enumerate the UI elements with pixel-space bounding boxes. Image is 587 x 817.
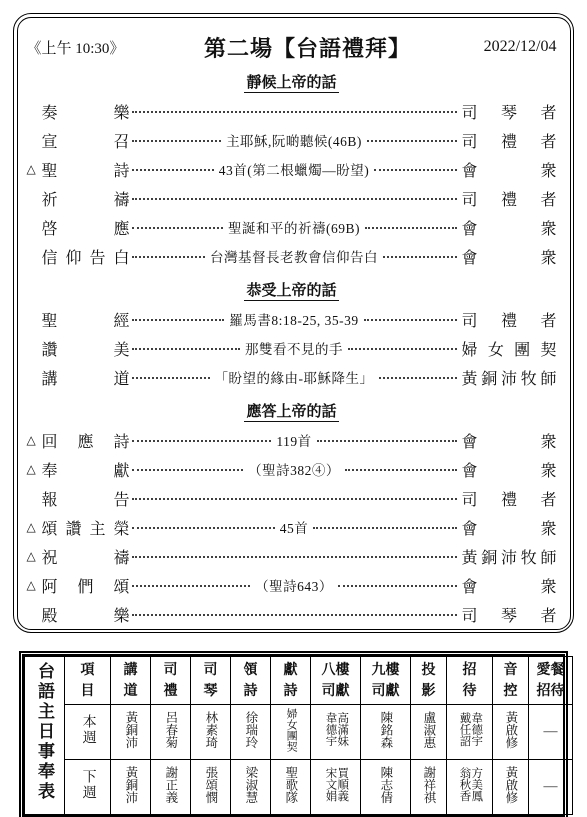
service-date: 2022/12/04 xyxy=(461,38,557,56)
service-row: 信仰告白台灣基督長老教會信仰告白會衆 xyxy=(27,242,557,271)
leader-dots xyxy=(317,440,457,442)
leader-dots xyxy=(132,585,251,587)
roster-row: 下週黃銅沛謝正義張頌憫梁淑慧聖歌隊買順義宋文娟陳志倩謝祥祺方美鳳翁秋香黃啟修— xyxy=(25,760,573,815)
leader-dots xyxy=(132,377,210,379)
char: 者 xyxy=(540,308,556,331)
char: 應 xyxy=(113,216,129,239)
duty-roster-table: 台語主日事奉表項目講道司禮司琴領詩獻詩八樓司獻九樓司獻投影招待音控愛餐招待本週黃… xyxy=(24,656,573,815)
char: 牧 xyxy=(521,366,537,389)
congregation-stand-mark: △ xyxy=(27,162,42,177)
service-item-label: 報告 xyxy=(42,487,130,510)
service-item-party: 婦女團契 xyxy=(462,337,557,360)
char: 衆 xyxy=(540,158,556,181)
header-line: 八樓 xyxy=(311,660,360,681)
service-item-label: 殿樂 xyxy=(42,603,130,626)
leader-dots xyxy=(132,227,224,229)
service-row: △聖詩43首(第二根蠟燭—盼望)會衆 xyxy=(27,155,557,184)
dotted-leader xyxy=(132,497,457,499)
service-row: △祝禱黃銅沛牧師 xyxy=(27,542,557,571)
service-item-party: 會衆 xyxy=(462,516,557,539)
dotted-leader xyxy=(132,197,457,199)
leader-dots xyxy=(365,227,457,229)
char: 團 xyxy=(514,337,530,360)
service-item-party: 司禮者 xyxy=(462,187,557,210)
service-item-party: 會衆 xyxy=(462,216,557,239)
leader-dots xyxy=(132,198,457,200)
service-item-party: 黃銅沛牧師 xyxy=(462,366,557,389)
header-line: 影 xyxy=(411,681,446,702)
char: 宣 xyxy=(42,129,58,152)
roster-column-header: 司禮 xyxy=(151,657,191,705)
char: 禮 xyxy=(501,129,517,152)
roster-cell: 黃啟修 xyxy=(493,705,529,760)
dotted-leader: （聖詩643） xyxy=(132,575,457,595)
duty-names: 買順義宋文娟 xyxy=(324,767,347,802)
service-item-label: 信仰告白 xyxy=(42,245,130,268)
service-item-party: 黃銅沛牧師 xyxy=(462,545,557,568)
char: 黃 xyxy=(462,545,478,568)
header-line: 招待 xyxy=(529,681,572,702)
header-line: 愛餐 xyxy=(529,660,572,681)
char: 會 xyxy=(462,429,478,452)
roster-cell: — xyxy=(529,705,573,760)
duty-name: 張頌憫 xyxy=(204,766,217,804)
roster-header-row: 台語主日事奉表項目講道司禮司琴領詩獻詩八樓司獻九樓司獻投影招待音控愛餐招待 xyxy=(25,657,573,705)
header-line: 音 xyxy=(493,660,528,681)
dotted-leader xyxy=(132,110,457,112)
char: 主 xyxy=(89,516,105,539)
header-line: 獻 xyxy=(271,660,310,681)
service-item-label: 祈禱 xyxy=(42,187,130,210)
char: 師 xyxy=(540,366,556,389)
leader-dots xyxy=(364,319,457,321)
header-line: 目 xyxy=(65,681,110,702)
service-item-label: 聖經 xyxy=(42,308,130,331)
char: 禮 xyxy=(501,187,517,210)
roster-column-header: 講道 xyxy=(111,657,151,705)
char: 會 xyxy=(462,458,478,481)
char: 白 xyxy=(113,245,129,268)
service-item-content: 119首 xyxy=(271,430,316,450)
char: 阿 xyxy=(42,574,58,597)
service-item-content: 「盼望的緣由-耶穌降生」 xyxy=(210,367,379,387)
duty-name: 陳銘森 xyxy=(379,711,392,749)
service-item-label: 奏樂 xyxy=(42,100,130,123)
char: 榮 xyxy=(113,516,129,539)
char: 契 xyxy=(540,337,556,360)
service-item-party: 司禮者 xyxy=(462,308,557,331)
char: 者 xyxy=(540,603,556,626)
char: 們 xyxy=(77,574,93,597)
roster-cell: 呂春菊 xyxy=(151,705,191,760)
char: 樂 xyxy=(113,100,129,123)
service-item-party: 會衆 xyxy=(462,429,557,452)
roster-side-title: 台語主日事奉表 xyxy=(25,657,65,815)
service-item-label: 奉獻 xyxy=(42,458,130,481)
dotted-leader xyxy=(132,613,457,615)
leader-dots xyxy=(374,169,456,171)
congregation-stand-mark: △ xyxy=(27,578,42,593)
dotted-leader: 43首(第二根蠟燭—盼望) xyxy=(132,159,457,179)
leader-dots xyxy=(132,527,275,529)
leader-dots xyxy=(132,348,241,350)
char: 會 xyxy=(462,245,478,268)
duty-name: 戴任詔 xyxy=(458,712,470,747)
char: 者 xyxy=(540,129,556,152)
roster-week-cell: 下週 xyxy=(65,760,111,815)
char: 禮 xyxy=(501,487,517,510)
header-line: 領 xyxy=(231,660,270,681)
duty-name: 婦女團契 xyxy=(285,708,296,752)
header-line: 司獻 xyxy=(311,681,360,702)
service-row: 報告司禮者 xyxy=(27,484,557,513)
char: 獻 xyxy=(113,458,129,481)
duty-name: 黃啟修 xyxy=(504,711,517,749)
leader-dots xyxy=(132,556,457,558)
char: 奏 xyxy=(42,100,58,123)
service-item-content: 主耶穌,阮啲聽候(46B) xyxy=(221,130,367,150)
leader-dots xyxy=(348,348,457,350)
header-line: 講 xyxy=(111,660,150,681)
char: 講 xyxy=(42,366,58,389)
leader-dots xyxy=(383,256,457,258)
section-heading: 靜候上帝的話 xyxy=(27,71,557,92)
char: 美 xyxy=(113,337,129,360)
header-line: 詩 xyxy=(271,681,310,702)
service-time: 《上午 10:30》 xyxy=(27,37,155,58)
roster-column-header: 音控 xyxy=(493,657,529,705)
leader-dots xyxy=(345,469,457,471)
service-item-label: 宣召 xyxy=(42,129,130,152)
char: 者 xyxy=(540,100,556,123)
roster-column-header: 項目 xyxy=(65,657,111,705)
char: 沛 xyxy=(501,545,517,568)
roster-cell: — xyxy=(529,760,573,815)
service-row: 宣召主耶穌,阮啲聽候(46B)司禮者 xyxy=(27,126,557,155)
duty-name: 韋德宇 xyxy=(470,712,482,747)
service-row: 奏樂司琴者 xyxy=(27,97,557,126)
char: 衆 xyxy=(540,216,556,239)
service-row: △奉獻（聖詩382④）會衆 xyxy=(27,455,557,484)
duty-name: 高滿妹 xyxy=(336,712,348,747)
section-heading: 應答上帝的話 xyxy=(27,400,557,421)
duty-name: 梁淑慧 xyxy=(244,766,257,804)
char: 衆 xyxy=(540,245,556,268)
char: 告 xyxy=(89,245,105,268)
roster-column-header: 司琴 xyxy=(191,657,231,705)
char: 樂 xyxy=(113,603,129,626)
service-row: 聖經羅馬書8:18-25, 35-39司禮者 xyxy=(27,305,557,334)
char: 銅 xyxy=(481,366,497,389)
char: 殿 xyxy=(42,603,58,626)
service-item-label: 阿們頌 xyxy=(42,574,130,597)
duty-names: 高滿妹韋德宇 xyxy=(324,712,347,747)
char: 司 xyxy=(462,487,478,510)
char: 祈 xyxy=(42,187,58,210)
header-line: 司 xyxy=(151,660,190,681)
roster-cell: 梁淑慧 xyxy=(231,760,271,815)
program-box: 《上午 10:30》 第二場【台語禮拜】 2022/12/04 靜候上帝的話奏樂… xyxy=(13,13,574,633)
leader-dots xyxy=(132,498,457,500)
char: 沛 xyxy=(501,366,517,389)
congregation-stand-mark: △ xyxy=(27,433,42,448)
duty-name: 徐瑞玲 xyxy=(244,711,257,749)
service-item-party: 會衆 xyxy=(462,158,557,181)
char: 衆 xyxy=(540,458,556,481)
header-line: 司獻 xyxy=(361,681,410,702)
leader-dots xyxy=(313,527,456,529)
char: 司 xyxy=(462,129,478,152)
char: 黃 xyxy=(462,366,478,389)
congregation-stand-mark: △ xyxy=(27,520,42,535)
service-item-label: 祝禱 xyxy=(42,545,130,568)
service-item-party: 會衆 xyxy=(462,574,557,597)
char: 經 xyxy=(113,308,129,331)
duty-name: 呂春菊 xyxy=(164,711,177,749)
char: 召 xyxy=(113,129,129,152)
char: 啓 xyxy=(42,216,58,239)
header-line: 司 xyxy=(191,660,230,681)
roster-column-header: 八樓司獻 xyxy=(311,657,361,705)
service-row: 講道「盼望的緣由-耶穌降生」黃銅沛牧師 xyxy=(27,363,557,392)
leader-dots xyxy=(132,440,272,442)
char: 應 xyxy=(77,429,93,452)
service-row: △阿們頌（聖詩643）會衆 xyxy=(27,571,557,600)
header-line: 琴 xyxy=(191,681,230,702)
service-item-content: 43首(第二根蠟燭—盼望) xyxy=(214,159,375,179)
roster-cell: 徐瑞玲 xyxy=(231,705,271,760)
service-row: △回應詩119首會衆 xyxy=(27,426,557,455)
char: 詩 xyxy=(113,429,129,452)
service-item-content: 那雙看不見的手 xyxy=(240,338,348,358)
roster-cell: 韋德宇戴任詔 xyxy=(447,705,493,760)
duty-name: 買順義 xyxy=(336,767,348,802)
roster-column-header: 獻詩 xyxy=(271,657,311,705)
duty-name: 韋德宇 xyxy=(324,712,336,747)
roster-column-header: 九樓司獻 xyxy=(361,657,411,705)
leader-dots xyxy=(338,585,457,587)
char: 回 xyxy=(42,429,58,452)
roster-column-header: 領詩 xyxy=(231,657,271,705)
char: 女 xyxy=(488,337,504,360)
service-row: △頌讚主榮45首會衆 xyxy=(27,513,557,542)
service-row: 讚美那雙看不見的手婦女團契 xyxy=(27,334,557,363)
week-label: 本週 xyxy=(80,714,94,746)
congregation-stand-mark: △ xyxy=(27,549,42,564)
roster-cell: 方美鳳翁秋香 xyxy=(447,760,493,815)
roster-cell: 林素琦 xyxy=(191,705,231,760)
dotted-leader: 主耶穌,阮啲聽候(46B) xyxy=(132,130,457,150)
duty-name: 陳志倩 xyxy=(379,766,392,804)
char: 道 xyxy=(113,366,129,389)
dotted-leader: 45首 xyxy=(132,517,457,537)
roster-cell: 婦女團契 xyxy=(271,705,311,760)
dotted-leader: 台灣基督長老教會信仰告白 xyxy=(132,246,457,266)
char: 牧 xyxy=(521,545,537,568)
duty-name: 謝正義 xyxy=(164,766,177,804)
week-label: 下週 xyxy=(80,769,94,801)
leader-dots xyxy=(132,111,457,113)
service-item-content: 聖誕和平的祈禱(69B) xyxy=(223,217,365,237)
duty-name: 宋文娟 xyxy=(324,767,336,802)
service-row: 啓應聖誕和平的祈禱(69B)會衆 xyxy=(27,213,557,242)
duty-name: 聖歌隊 xyxy=(284,766,297,804)
service-item-party: 司禮者 xyxy=(462,487,557,510)
char: 司 xyxy=(462,603,478,626)
service-item-party: 會衆 xyxy=(462,245,557,268)
service-item-party: 司琴者 xyxy=(462,603,557,626)
roster-row: 本週黃銅沛呂春菊林素琦徐瑞玲婦女團契高滿妹韋德宇陳銘森盧淑惠韋德宇戴任詔黃啟修— xyxy=(25,705,573,760)
char: 頌 xyxy=(113,574,129,597)
section-heading-text: 恭受上帝的話 xyxy=(244,283,338,301)
bulletin-page: 《上午 10:30》 第二場【台語禮拜】 2022/12/04 靜候上帝的話奏樂… xyxy=(0,0,587,817)
service-order-list: 靜候上帝的話奏樂司琴者宣召主耶穌,阮啲聽候(46B)司禮者△聖詩43首(第二根蠟… xyxy=(27,71,557,629)
service-item-label: 講道 xyxy=(42,366,130,389)
service-item-party: 會衆 xyxy=(462,458,557,481)
header-line: 控 xyxy=(493,681,528,702)
char: 司 xyxy=(462,308,478,331)
dotted-leader xyxy=(132,555,457,557)
duty-name: 黃銅沛 xyxy=(124,766,137,804)
char: 師 xyxy=(540,545,556,568)
header-line: 項 xyxy=(65,660,110,681)
service-item-label: 讚美 xyxy=(42,337,130,360)
duty-name: 黃啟修 xyxy=(504,766,517,804)
char: 者 xyxy=(540,187,556,210)
char: 聖 xyxy=(42,308,58,331)
roster-cell: 高滿妹韋德宇 xyxy=(311,705,361,760)
leader-dots xyxy=(132,319,225,321)
service-row: 殿樂司琴者 xyxy=(27,600,557,629)
char: 琴 xyxy=(501,603,517,626)
service-item-party: 司禮者 xyxy=(462,129,557,152)
leader-dots xyxy=(132,169,214,171)
duty-name: 方美鳳 xyxy=(470,767,482,802)
char: 讚 xyxy=(65,516,81,539)
roster-cell: 謝祥祺 xyxy=(411,760,447,815)
roster-cell: 陳銘森 xyxy=(361,705,411,760)
char: 者 xyxy=(540,487,556,510)
program-box-inner: 《上午 10:30》 第二場【台語禮拜】 2022/12/04 靜候上帝的話奏樂… xyxy=(17,17,571,630)
char: 司 xyxy=(462,187,478,210)
service-item-label: 回應詩 xyxy=(42,429,130,452)
header-line: 禮 xyxy=(151,681,190,702)
congregation-stand-mark: △ xyxy=(27,462,42,477)
char: 司 xyxy=(462,100,478,123)
leader-dots xyxy=(132,469,244,471)
leader-dots xyxy=(132,614,457,616)
char: 報 xyxy=(42,487,58,510)
section-heading-text: 應答上帝的話 xyxy=(244,404,338,422)
char: 讚 xyxy=(42,337,58,360)
service-item-label: 聖詩 xyxy=(42,158,130,181)
dotted-leader: 羅馬書8:18-25, 35-39 xyxy=(132,309,457,329)
char: 衆 xyxy=(540,516,556,539)
roster-cell: 聖歌隊 xyxy=(271,760,311,815)
roster-cell: 盧淑惠 xyxy=(411,705,447,760)
char: 會 xyxy=(462,216,478,239)
page-title: 第二場【台語禮拜】 xyxy=(155,32,461,63)
header-line: 九樓 xyxy=(361,660,410,681)
char: 聖 xyxy=(42,158,58,181)
roster-column-header: 招待 xyxy=(447,657,493,705)
duty-name: 謝祥祺 xyxy=(422,766,435,804)
char: 禮 xyxy=(501,308,517,331)
char: 頌 xyxy=(42,516,58,539)
roster-cell: 黃啟修 xyxy=(493,760,529,815)
char: 會 xyxy=(462,158,478,181)
dotted-leader: 119首 xyxy=(132,430,457,450)
char: 銅 xyxy=(481,545,497,568)
char: 琴 xyxy=(501,100,517,123)
section-heading: 恭受上帝的話 xyxy=(27,279,557,300)
roster-week-cell: 本週 xyxy=(65,705,111,760)
roster-column-header: 愛餐招待 xyxy=(529,657,573,705)
roster-cell: 謝正義 xyxy=(151,760,191,815)
duty-names: 韋德宇戴任詔 xyxy=(458,712,481,747)
char: 禱 xyxy=(113,545,129,568)
duty-names: 方美鳳翁秋香 xyxy=(458,767,481,802)
leader-dots xyxy=(132,256,206,258)
char: 婦 xyxy=(462,337,478,360)
leader-dots xyxy=(379,377,457,379)
char: 會 xyxy=(462,516,478,539)
header-line: 投 xyxy=(411,660,446,681)
leader-dots xyxy=(367,140,457,142)
dotted-leader: 那雙看不見的手 xyxy=(132,338,457,358)
service-item-party: 司琴者 xyxy=(462,100,557,123)
service-item-content: 羅馬書8:18-25, 35-39 xyxy=(224,309,363,329)
char: 衆 xyxy=(540,574,556,597)
service-item-content: 45首 xyxy=(275,517,314,537)
roster-cell: 黃銅沛 xyxy=(111,760,151,815)
roster-cell: 黃銅沛 xyxy=(111,705,151,760)
dotted-leader: （聖詩382④） xyxy=(132,459,457,479)
header-line: 招 xyxy=(447,660,492,681)
duty-name: 翁秋香 xyxy=(458,767,470,802)
service-item-content: （聖詩382④） xyxy=(243,459,345,479)
duty-name: 盧淑惠 xyxy=(422,711,435,749)
service-row: 祈禱司禮者 xyxy=(27,184,557,213)
roster-cell: 買順義宋文娟 xyxy=(311,760,361,815)
service-item-label: 啓應 xyxy=(42,216,130,239)
char: 詩 xyxy=(113,158,129,181)
service-item-content: （聖詩643） xyxy=(250,575,338,595)
duty-name: 林素琦 xyxy=(204,711,217,749)
service-item-label: 頌讚主榮 xyxy=(42,516,130,539)
header-line: 詩 xyxy=(231,681,270,702)
program-header: 《上午 10:30》 第二場【台語禮拜】 2022/12/04 xyxy=(27,32,557,63)
header-line: 待 xyxy=(447,681,492,702)
section-heading-text: 靜候上帝的話 xyxy=(244,75,338,93)
roster-column-header: 投影 xyxy=(411,657,447,705)
char: 告 xyxy=(113,487,129,510)
duty-name: 黃銅沛 xyxy=(124,711,137,749)
char: 仰 xyxy=(65,245,81,268)
char: 信 xyxy=(42,245,58,268)
duty-roster: 台語主日事奉表項目講道司禮司琴領詩獻詩八樓司獻九樓司獻投影招待音控愛餐招待本週黃… xyxy=(19,651,568,817)
char: 奉 xyxy=(42,458,58,481)
roster-cell: 張頌憫 xyxy=(191,760,231,815)
roster-side-title-text: 台語主日事奉表 xyxy=(36,662,53,802)
dotted-leader: 「盼望的緣由-耶穌降生」 xyxy=(132,367,457,387)
header-line: 道 xyxy=(111,681,150,702)
roster-cell: 陳志倩 xyxy=(361,760,411,815)
service-item-content: 台灣基督長老教會信仰告白 xyxy=(205,246,383,266)
char: 禱 xyxy=(113,187,129,210)
dotted-leader: 聖誕和平的祈禱(69B) xyxy=(132,217,457,237)
leader-dots xyxy=(132,140,222,142)
